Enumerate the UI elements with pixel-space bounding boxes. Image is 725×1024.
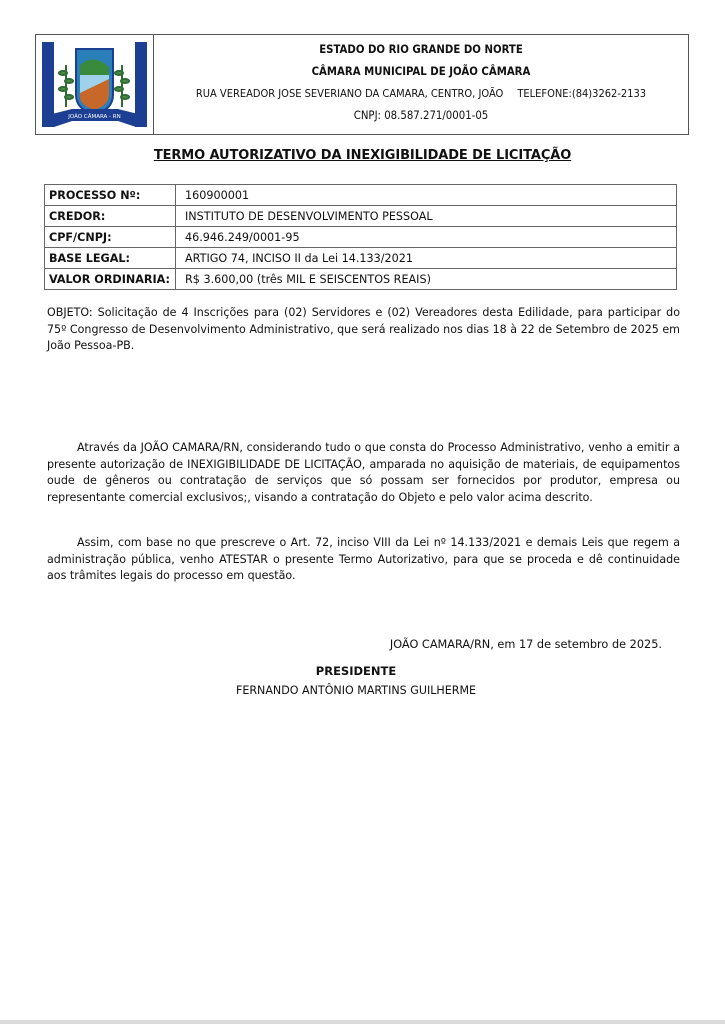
phone: TELEFONE:(84)3262-2133 <box>517 83 646 105</box>
cnpj: CNPJ: 08.587.271/0001-05 <box>154 105 688 127</box>
info-table: PROCESSO Nº: 160900001 CREDOR: INSTITUTO… <box>44 184 677 290</box>
letterhead-text: ESTADO DO RIO GRANDE DO NORTE CÂMARA MUN… <box>154 35 688 134</box>
value-credor: INSTITUTO DE DESENVOLVIMENTO PESSOAL <box>176 206 677 227</box>
label-credor: CREDOR: <box>45 206 176 227</box>
logo-cell: JOÃO CÂMARA - RN <box>36 35 154 134</box>
label-valor: VALOR ORDINARIA: <box>45 269 176 290</box>
date-line: JOÃO CAMARA/RN, em 17 de setembro de 202… <box>390 638 662 651</box>
signature-role: PRESIDENTE <box>0 664 712 678</box>
page-bottom-edge <box>0 1020 725 1024</box>
table-row: PROCESSO Nº: 160900001 <box>45 185 677 206</box>
value-valor: R$ 3.600,00 (três MIL E SEISCENTOS REAIS… <box>176 269 677 290</box>
svg-text:JOÃO CÂMARA - RN: JOÃO CÂMARA - RN <box>67 113 121 120</box>
value-processo: 160900001 <box>176 185 677 206</box>
label-processo: PROCESSO Nº: <box>45 185 176 206</box>
address: RUA VEREADOR JOSE SEVERIANO DA CAMARA, C… <box>196 83 503 105</box>
signature-name: FERNANDO ANTÔNIO MARTINS GUILHERME <box>0 684 712 697</box>
attestation-paragraph: Assim, com base no que prescreve o Art. … <box>47 535 680 585</box>
label-base-legal: BASE LEGAL: <box>45 248 176 269</box>
value-base-legal: ARTIGO 74, INCISO II da Lei 14.133/2021 <box>176 248 677 269</box>
table-row: CPF/CNPJ: 46.946.249/0001-95 <box>45 227 677 248</box>
state-name: ESTADO DO RIO GRANDE DO NORTE <box>154 39 688 61</box>
label-cpf-cnpj: CPF/CNPJ: <box>45 227 176 248</box>
document-title: TERMO AUTORIZATIVO DA INEXIGIBILIDADE DE… <box>0 148 725 163</box>
value-cpf-cnpj: 46.946.249/0001-95 <box>176 227 677 248</box>
table-row: CREDOR: INSTITUTO DE DESENVOLVIMENTO PES… <box>45 206 677 227</box>
table-row: VALOR ORDINARIA: R$ 3.600,00 (três MIL E… <box>45 269 677 290</box>
coat-of-arms-icon: JOÃO CÂMARA - RN <box>36 35 153 134</box>
letterhead: JOÃO CÂMARA - RN ESTADO DO RIO GRANDE DO… <box>35 34 689 135</box>
chamber-name: CÂMARA MUNICIPAL DE JOÃO CÂMARA <box>154 61 688 83</box>
authorization-paragraph: Através da JOÃO CAMARA/RN, considerando … <box>47 440 680 506</box>
table-row: BASE LEGAL: ARTIGO 74, INCISO II da Lei … <box>45 248 677 269</box>
objeto-paragraph: OBJETO: Solicitação de 4 Inscrições para… <box>47 305 680 355</box>
